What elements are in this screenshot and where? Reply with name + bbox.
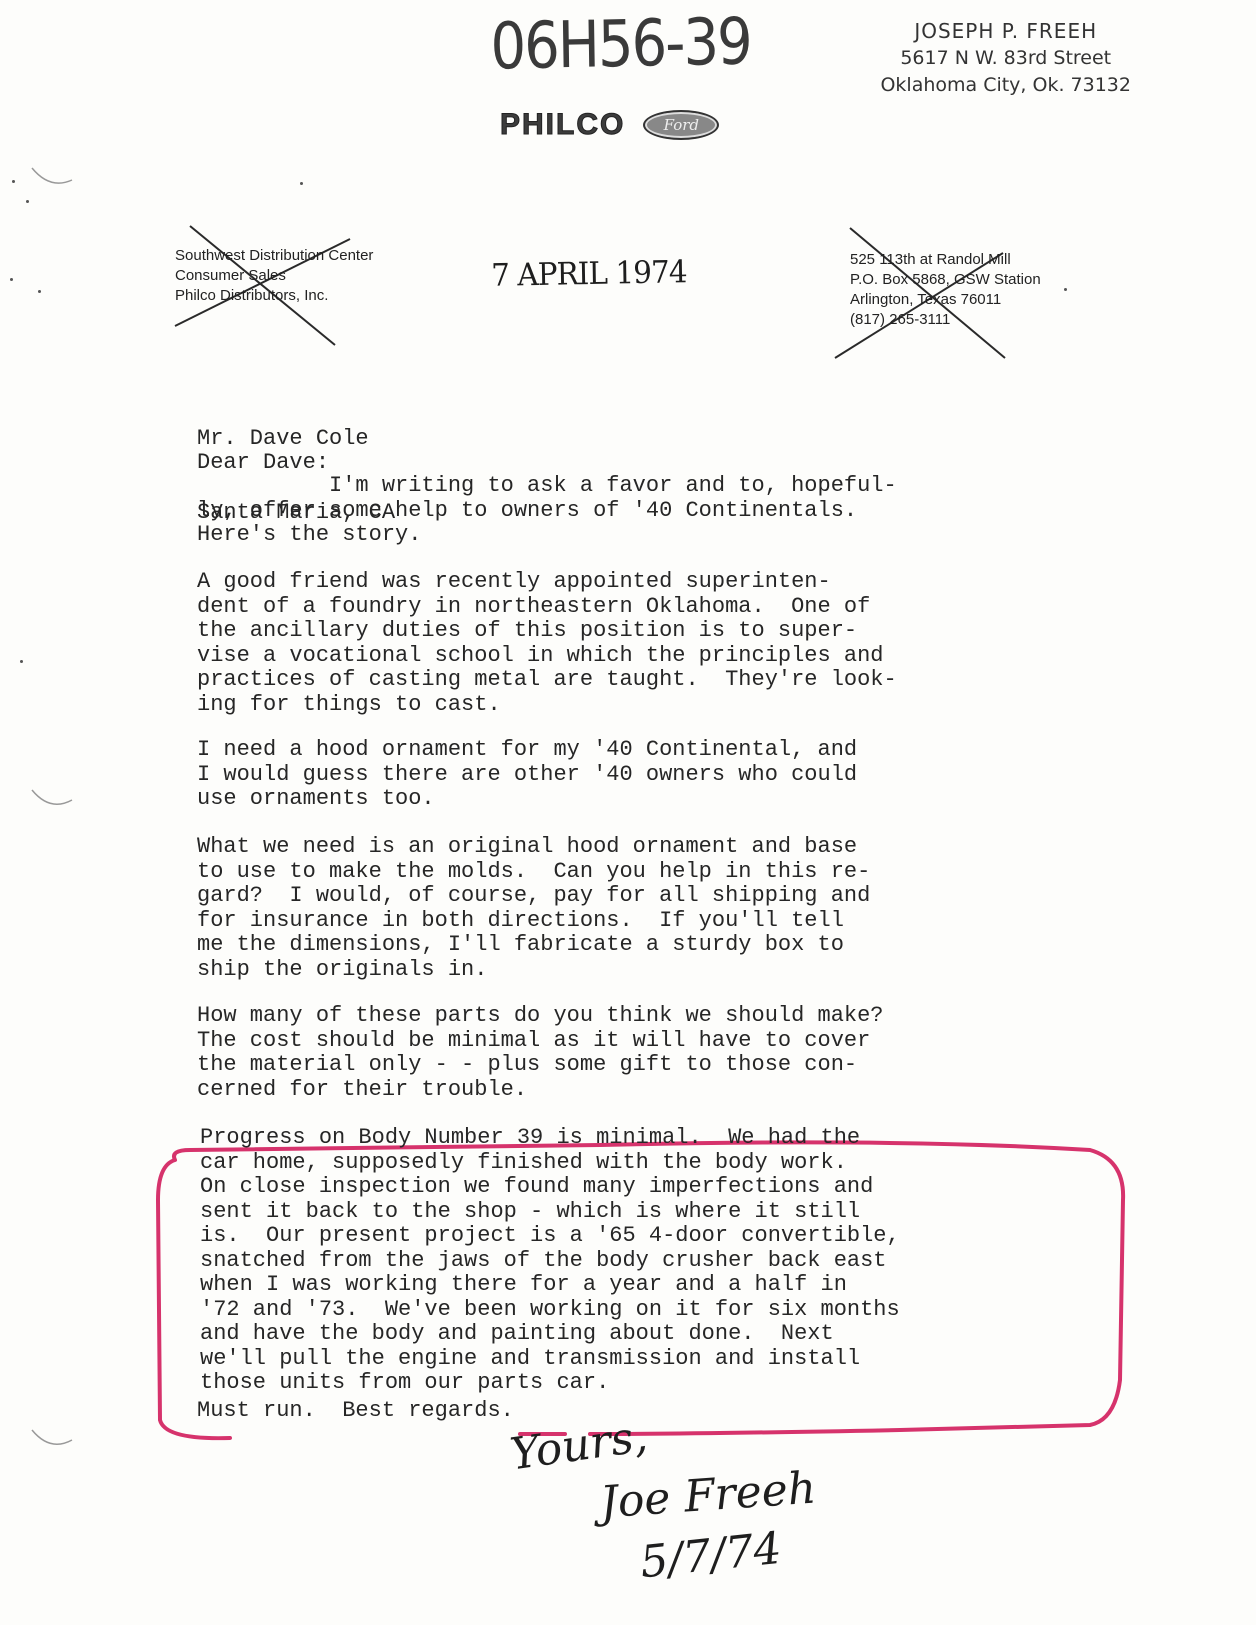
text-line: snatched from the jaws of the body crush… xyxy=(200,1249,900,1274)
paragraph: I need a hood ornament for my '40 Contin… xyxy=(197,738,857,812)
ford-logo: Ford xyxy=(643,110,719,140)
text-line: use ornaments too. xyxy=(197,787,857,812)
text-line: I'm writing to ask a favor and to, hopef… xyxy=(197,474,897,499)
text-line: the ancillary duties of this position is… xyxy=(197,619,897,644)
signature-valediction: Yours, xyxy=(507,1411,650,1481)
text-line: The cost should be minimal as it will ha… xyxy=(197,1029,884,1054)
text-line: practices of casting metal are taught. T… xyxy=(197,668,897,693)
crossed-letterhead-right: 525 113th at Randol Mill P.O. Box 5868, … xyxy=(850,250,1041,330)
text-line: the material only - - plus some gift to … xyxy=(197,1053,884,1078)
scan-speck xyxy=(10,278,13,281)
signature-name: Joe Freeh xyxy=(598,1463,817,1529)
letterhead-line: Southwest Distribution Center xyxy=(175,246,373,266)
scan-speck xyxy=(1064,288,1067,291)
text-line: to use to make the molds. Can you help i… xyxy=(197,860,870,885)
paragraph: What we need is an original hood ornamen… xyxy=(197,835,870,982)
paragraph: A good friend was recently appointed sup… xyxy=(197,570,897,717)
handwritten-date: 7 APRIL 1974 xyxy=(491,254,687,294)
text-line: vise a vocational school in which the pr… xyxy=(197,644,897,669)
text-line: when I was working there for a year and … xyxy=(200,1273,900,1298)
sender-name: JOSEPH P. FREEH xyxy=(880,18,1131,45)
text-line: gard? I would, of course, pay for all sh… xyxy=(197,884,870,909)
scan-speck xyxy=(12,180,15,183)
text-line: ly, offer some help to owners of '40 Con… xyxy=(197,499,897,524)
text-line: I would guess there are other '40 owners… xyxy=(197,763,857,788)
paragraph: I'm writing to ask a favor and to, hopef… xyxy=(197,474,897,548)
scan-speck xyxy=(26,200,29,203)
paragraph: How many of these parts do you think we … xyxy=(197,1004,884,1102)
highlighted-paragraph: Progress on Body Number 39 is minimal. W… xyxy=(200,1126,900,1396)
text-line: Here's the story. xyxy=(197,523,897,548)
text-line: On close inspection we found many imperf… xyxy=(200,1175,900,1200)
sender-street: 5617 N W. 83rd Street xyxy=(880,45,1131,72)
brand-logos: PHILCO Ford xyxy=(500,108,719,142)
text-line: is. Our present project is a '65 4-door … xyxy=(200,1224,900,1249)
signature-date: 5/7/74 xyxy=(638,1523,784,1589)
recipient-name: Mr. Dave Cole xyxy=(197,427,395,452)
text-line: dent of a foundry in northeastern Oklaho… xyxy=(197,595,897,620)
text-line: we'll pull the engine and transmission a… xyxy=(200,1347,900,1372)
letterhead-line: (817) 265-3111 xyxy=(850,310,1041,330)
salutation: Dear Dave: xyxy=(197,451,329,476)
letterhead-line: Consumer Sales xyxy=(175,266,373,286)
text-line: car home, supposedly finished with the b… xyxy=(200,1151,900,1176)
sender-address: JOSEPH P. FREEH 5617 N W. 83rd Street Ok… xyxy=(880,18,1131,99)
text-line: those units from our parts car. xyxy=(200,1371,900,1396)
file-number: 06H56-39 xyxy=(490,5,751,85)
punch-hole-mark xyxy=(32,1430,72,1444)
punch-hole-mark xyxy=(32,168,72,183)
closing-line: Must run. Best regards. xyxy=(197,1399,514,1424)
text-line: '72 and '73. We've been working on it fo… xyxy=(200,1298,900,1323)
text-line: cerned for their trouble. xyxy=(197,1078,884,1103)
text-line: ship the originals in. xyxy=(197,958,870,983)
text-line: me the dimensions, I'll fabricate a stur… xyxy=(197,933,870,958)
scan-speck xyxy=(38,290,41,293)
text-line: What we need is an original hood ornamen… xyxy=(197,835,870,860)
text-line: A good friend was recently appointed sup… xyxy=(197,570,897,595)
letterhead-line: 525 113th at Randol Mill xyxy=(850,250,1041,270)
text-line: and have the body and painting about don… xyxy=(200,1322,900,1347)
scan-speck xyxy=(20,660,23,663)
text-line: How many of these parts do you think we … xyxy=(197,1004,884,1029)
text-line: Progress on Body Number 39 is minimal. W… xyxy=(200,1126,900,1151)
text-line: for insurance in both directions. If you… xyxy=(197,909,870,934)
scan-speck xyxy=(300,182,303,185)
text-line: I need a hood ornament for my '40 Contin… xyxy=(197,738,857,763)
letterhead-line: Arlington, Texas 76011 xyxy=(850,290,1041,310)
sender-city: Oklahoma City, Ok. 73132 xyxy=(880,72,1131,99)
punch-hole-mark xyxy=(32,790,72,804)
philco-logo: PHILCO xyxy=(500,108,625,142)
text-line: sent it back to the shop - which is wher… xyxy=(200,1200,900,1225)
crossed-letterhead-left: Southwest Distribution Center Consumer S… xyxy=(175,246,373,306)
letterhead-line: P.O. Box 5868, GSW Station xyxy=(850,270,1041,290)
letterhead-line: Philco Distributors, Inc. xyxy=(175,286,373,306)
text-line: ing for things to cast. xyxy=(197,693,897,718)
